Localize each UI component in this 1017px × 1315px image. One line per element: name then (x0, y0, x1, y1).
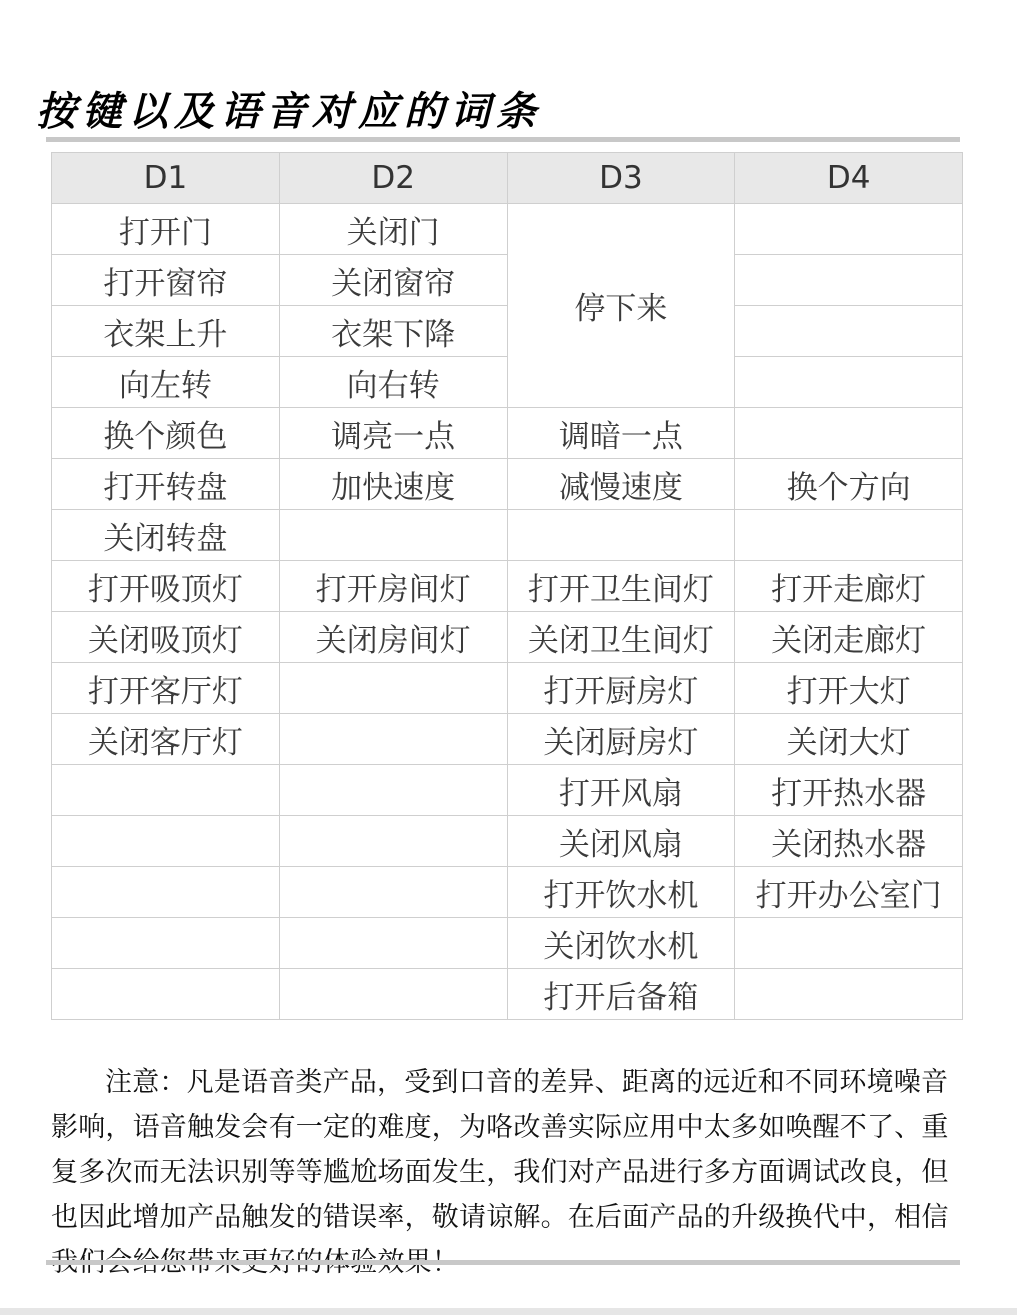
notice-text: 注意：凡是语音类产品，受到口音的差异、距离的远近和不同环境噪音影响，语音触发会有… (51, 1060, 971, 1285)
table-cell (735, 918, 963, 969)
table-row: 打开饮水机打开办公室门 (52, 867, 963, 918)
header-d2: D2 (279, 153, 507, 204)
table-cell (279, 765, 507, 816)
table-cell: 打开窗帘 (52, 255, 280, 306)
table-row: 打开门关闭门停下来 (52, 204, 963, 255)
table-cell: 向右转 (279, 357, 507, 408)
table-row: 关闭吸顶灯关闭房间灯关闭卫生间灯关闭走廊灯 (52, 612, 963, 663)
table-cell: 打开房间灯 (279, 561, 507, 612)
table-cell (279, 816, 507, 867)
table-cell: 打开饮水机 (507, 867, 735, 918)
table-cell: 调亮一点 (279, 408, 507, 459)
page-bottom-edge (0, 1308, 1017, 1315)
table-cell: 打开走廊灯 (735, 561, 963, 612)
table-cell: 打开厨房灯 (507, 663, 735, 714)
header-d1: D1 (52, 153, 280, 204)
table-cell: 调暗一点 (507, 408, 735, 459)
table-cell: 关闭大灯 (735, 714, 963, 765)
table-row: 打开后备箱 (52, 969, 963, 1020)
table-cell: 停下来 (507, 204, 735, 408)
table-cell: 打开办公室门 (735, 867, 963, 918)
table-cell (735, 204, 963, 255)
table-cell: 关闭卫生间灯 (507, 612, 735, 663)
table-cell (279, 510, 507, 561)
divider-bottom (46, 1260, 960, 1265)
table-cell (279, 663, 507, 714)
table-cell: 换个颜色 (52, 408, 280, 459)
table-cell (52, 765, 280, 816)
table-cell: 关闭风扇 (507, 816, 735, 867)
table-row: 换个颜色调亮一点调暗一点 (52, 408, 963, 459)
table-row: 关闭客厅灯关闭厨房灯关闭大灯 (52, 714, 963, 765)
table-cell (507, 510, 735, 561)
table-cell: 关闭饮水机 (507, 918, 735, 969)
table-cell: 打开后备箱 (507, 969, 735, 1020)
table-cell: 关闭窗帘 (279, 255, 507, 306)
table-row: 打开风扇打开热水器 (52, 765, 963, 816)
table-cell (279, 969, 507, 1020)
table-cell (52, 816, 280, 867)
page-title: 按键以及语音对应的词条 (36, 80, 542, 137)
table-cell: 关闭走廊灯 (735, 612, 963, 663)
table-row: 关闭饮水机 (52, 918, 963, 969)
table-cell: 衣架上升 (52, 306, 280, 357)
table-cell: 打开转盘 (52, 459, 280, 510)
table-row: 打开转盘加快速度减慢速度换个方向 (52, 459, 963, 510)
table-cell (52, 969, 280, 1020)
table-cell: 关闭转盘 (52, 510, 280, 561)
table-cell (279, 867, 507, 918)
command-table: D1 D2 D3 D4 打开门关闭门停下来打开窗帘关闭窗帘衣架上升衣架下降向左转… (51, 152, 963, 1020)
divider-top (46, 137, 960, 142)
table-cell (735, 255, 963, 306)
table-cell (735, 510, 963, 561)
table-cell: 关闭热水器 (735, 816, 963, 867)
header-d4: D4 (735, 153, 963, 204)
table-cell: 打开风扇 (507, 765, 735, 816)
table-cell (735, 408, 963, 459)
table-cell: 减慢速度 (507, 459, 735, 510)
table-cell: 向左转 (52, 357, 280, 408)
header-d3: D3 (507, 153, 735, 204)
table-body: 打开门关闭门停下来打开窗帘关闭窗帘衣架上升衣架下降向左转向右转换个颜色调亮一点调… (52, 204, 963, 1020)
table-cell: 打开吸顶灯 (52, 561, 280, 612)
table-cell (52, 918, 280, 969)
table-row: 关闭风扇关闭热水器 (52, 816, 963, 867)
table-row: 关闭转盘 (52, 510, 963, 561)
table-cell: 关闭房间灯 (279, 612, 507, 663)
table-cell: 衣架下降 (279, 306, 507, 357)
table-row: 打开客厅灯打开厨房灯打开大灯 (52, 663, 963, 714)
table-header-row: D1 D2 D3 D4 (52, 153, 963, 204)
table-cell (735, 969, 963, 1020)
table-cell: 打开客厅灯 (52, 663, 280, 714)
table-row: 打开吸顶灯打开房间灯打开卫生间灯打开走廊灯 (52, 561, 963, 612)
table-cell (735, 357, 963, 408)
table-cell: 关闭门 (279, 204, 507, 255)
table-cell: 关闭厨房灯 (507, 714, 735, 765)
table-cell (52, 867, 280, 918)
table-cell (279, 714, 507, 765)
table-cell: 打开热水器 (735, 765, 963, 816)
table-cell: 加快速度 (279, 459, 507, 510)
table-cell: 关闭吸顶灯 (52, 612, 280, 663)
table-cell: 换个方向 (735, 459, 963, 510)
table-cell (279, 918, 507, 969)
table-cell: 关闭客厅灯 (52, 714, 280, 765)
table-cell: 打开大灯 (735, 663, 963, 714)
table-cell: 打开卫生间灯 (507, 561, 735, 612)
table-cell: 打开门 (52, 204, 280, 255)
table-cell (735, 306, 963, 357)
notice-paragraph: 注意：凡是语音类产品，受到口音的差异、距离的远近和不同环境噪音影响，语音触发会有… (51, 1060, 971, 1285)
